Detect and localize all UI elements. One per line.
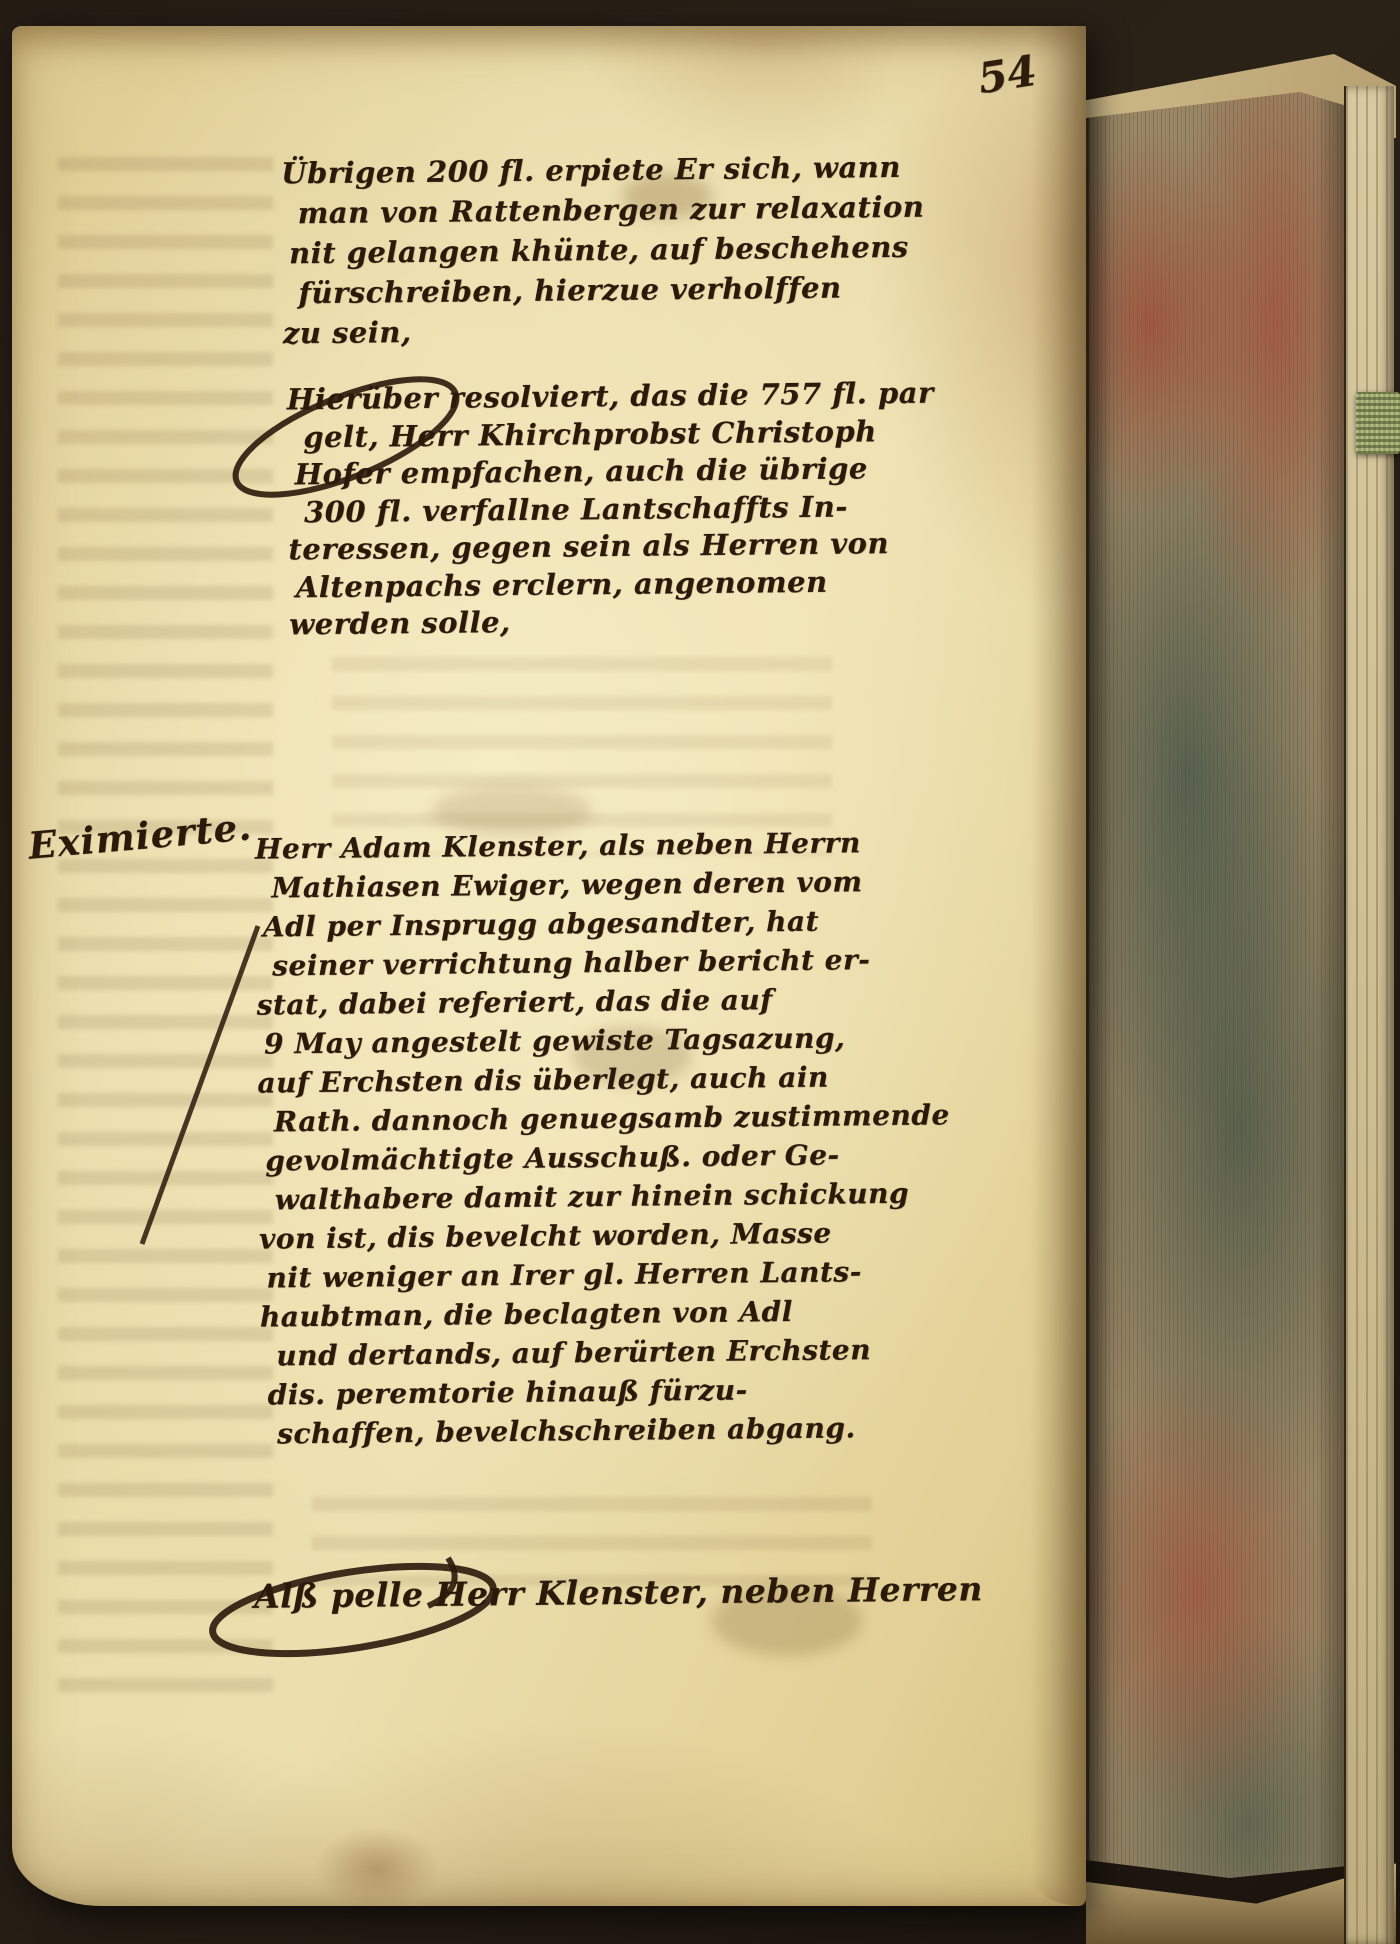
manuscript-text-line: nit weniger an Irer gl. Herren Lants- [266,1251,939,1297]
paragraph-entry-2: Hierüber resolviert, das die 757 fl. par… [287,375,937,644]
manuscript-text-line: seiner verrichtung halber bericht er- [272,939,936,985]
paragraph-entry-4: Alß pelle Herr Klenster, neben Herren [254,1568,983,1618]
manuscript-text-line: Hofer empfachen, auch die übrige [294,450,934,494]
page-fold-shadow [1030,26,1086,1906]
manuscript-text-line: Mathiasen Ewiger, wegen deren vom [271,861,935,907]
manuscript-text-line: Übrigen 200 fl. erpiete Er sich, wann [281,147,924,194]
manuscript-text-line: teressen, gegen sein als Herren von [288,525,935,569]
binding-strap [1356,392,1400,454]
manuscript-text-line: man von Rattenbergen zur relaxation [297,187,924,234]
manuscript-text-line: werden solle, [289,600,936,644]
manuscript-text-line: und dertands, auf berürten Erchsten [276,1329,940,1375]
manuscript-text-line: zu sein, [283,307,926,354]
vellum-cover-edge [1344,86,1394,1944]
manuscript-text-line: schaffen, bevelchschreiben abgang. [277,1407,941,1453]
manuscript-text-line: Alß pelle Herr Klenster, neben Herren [254,1568,983,1618]
manuscript-text-line: walthabere damit zur hinein schickung [274,1173,938,1219]
manuscript-text-line: 9 May angestelt gewiste Tagsazung, [264,1017,937,1063]
manuscript-text-line: gelt, Herr Khirchprobst Christoph [303,412,934,456]
book-fore-edge [1086,92,1347,1878]
paragraph-entry-3: Herr Adam Klenster, als neben HerrnMathi… [255,822,941,1453]
paragraph-entry-1: Übrigen 200 fl. erpiete Er sich, wannman… [281,147,926,354]
folio-number: 54 [975,46,1040,104]
manuscript-text-line: Hierüber resolviert, das die 757 fl. par [287,375,934,419]
photograph-scene: 54 Übrigen 200 fl. erpiete Er sich, wann… [0,0,1400,1944]
show-through-text [58,146,273,1706]
manuscript-text-line: nit gelangen khünte, auf beschehens [289,227,925,274]
manuscript-text-line: fürschreiben, hierzue verholffen [298,267,925,314]
